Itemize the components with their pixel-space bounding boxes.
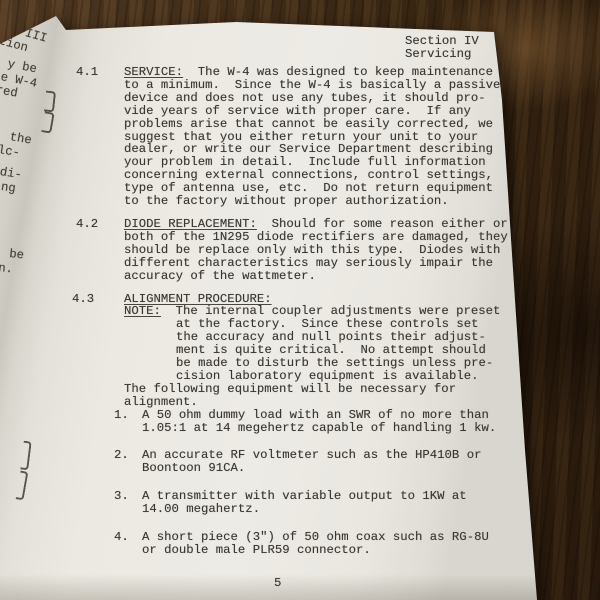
page-number: 5 — [274, 577, 508, 590]
equipment-item-4: 4. A short piece (3") of 50 ohm coax suc… — [142, 531, 508, 557]
note-label: NOTE: — [124, 304, 161, 318]
section-4-1: 4.1 SERVICE: The W-4 was designed to kee… — [124, 66, 508, 208]
section-number: 4.1 — [76, 66, 98, 79]
note-first-line: The internal coupler adjustments were pr… — [161, 304, 500, 318]
section-header: Section IV Servicing — [405, 35, 479, 61]
page-shadow-wrap: on III tion y be e W-4 red the lc- di- n… — [0, 0, 600, 600]
item-number: 1. — [114, 409, 129, 422]
body-line: accuracy of the wattmeter. — [124, 270, 508, 283]
section-number: 4.2 — [76, 218, 98, 231]
section-subtitle: Servicing — [405, 48, 479, 61]
body-line: to a minimum. Since the W-4 is basically… — [124, 79, 508, 92]
heading-rest: The W-4 was designed to keep maintenance — [183, 65, 493, 79]
item-number: 3. — [114, 490, 129, 503]
body-line: alignment. — [124, 396, 508, 409]
body-line: or double male PLR59 connector. — [142, 544, 508, 557]
note-line: cision laboratory equipment is available… — [124, 370, 508, 383]
body-line: both of the 1N295 diode rectifiers are d… — [124, 231, 508, 244]
body-line: 1.05:1 at 14 megehertz capable of handli… — [142, 422, 508, 435]
body-line: device and does not use any tubes, it sh… — [124, 92, 508, 105]
item-number: 2. — [114, 449, 129, 462]
manual-page: on III tion y be e W-4 red the lc- di- n… — [0, 0, 600, 600]
body-line: different characteristics may seriously … — [124, 257, 508, 270]
section-heading: ALIGNMENT PROCEDURE: — [124, 292, 272, 306]
section-4-2: 4.2 DIODE REPLACEMENT: Should for some r… — [124, 218, 508, 283]
note-line: be made to disturb the settings unless p… — [124, 357, 508, 370]
section-4-3: 4.3 ALIGNMENT PROCEDURE: NOTE: The inter… — [124, 293, 508, 409]
body-line: The following equipment will be necessar… — [124, 383, 508, 396]
body-line: A 50 ohm dummy load with an SWR of no mo… — [142, 409, 508, 422]
heading-rest: Should for some reason either or — [257, 217, 508, 231]
body-line: vide years of service with proper care. … — [124, 105, 508, 118]
section-number: 4.3 — [72, 293, 94, 306]
equipment-item-2: 2. An accurate RF voltmeter such as the … — [142, 449, 508, 475]
equipment-item-3: 3. A transmitter with variable output to… — [142, 490, 508, 516]
body-line: DIODE REPLACEMENT: Should for some reaso… — [124, 218, 508, 231]
body-line: should be replace only with this type. D… — [124, 244, 508, 257]
body-line: 14.00 megahertz. — [142, 503, 508, 516]
body-line: to the factory without proper authorizat… — [124, 195, 508, 208]
page-content: 4.1 SERVICE: The W-4 was designed to kee… — [0, 66, 508, 590]
body-line: SERVICE: The W-4 was designed to keep ma… — [124, 66, 508, 79]
body-line: Boontoon 91CA. — [142, 462, 508, 475]
section-heading: SERVICE: — [124, 65, 183, 79]
equipment-item-1: 1. A 50 ohm dummy load with an SWR of no… — [142, 409, 508, 435]
body-line: problems arise that cannot be easily cor… — [124, 118, 508, 131]
item-number: 4. — [114, 531, 129, 544]
section-heading: DIODE REPLACEMENT: — [124, 217, 257, 231]
